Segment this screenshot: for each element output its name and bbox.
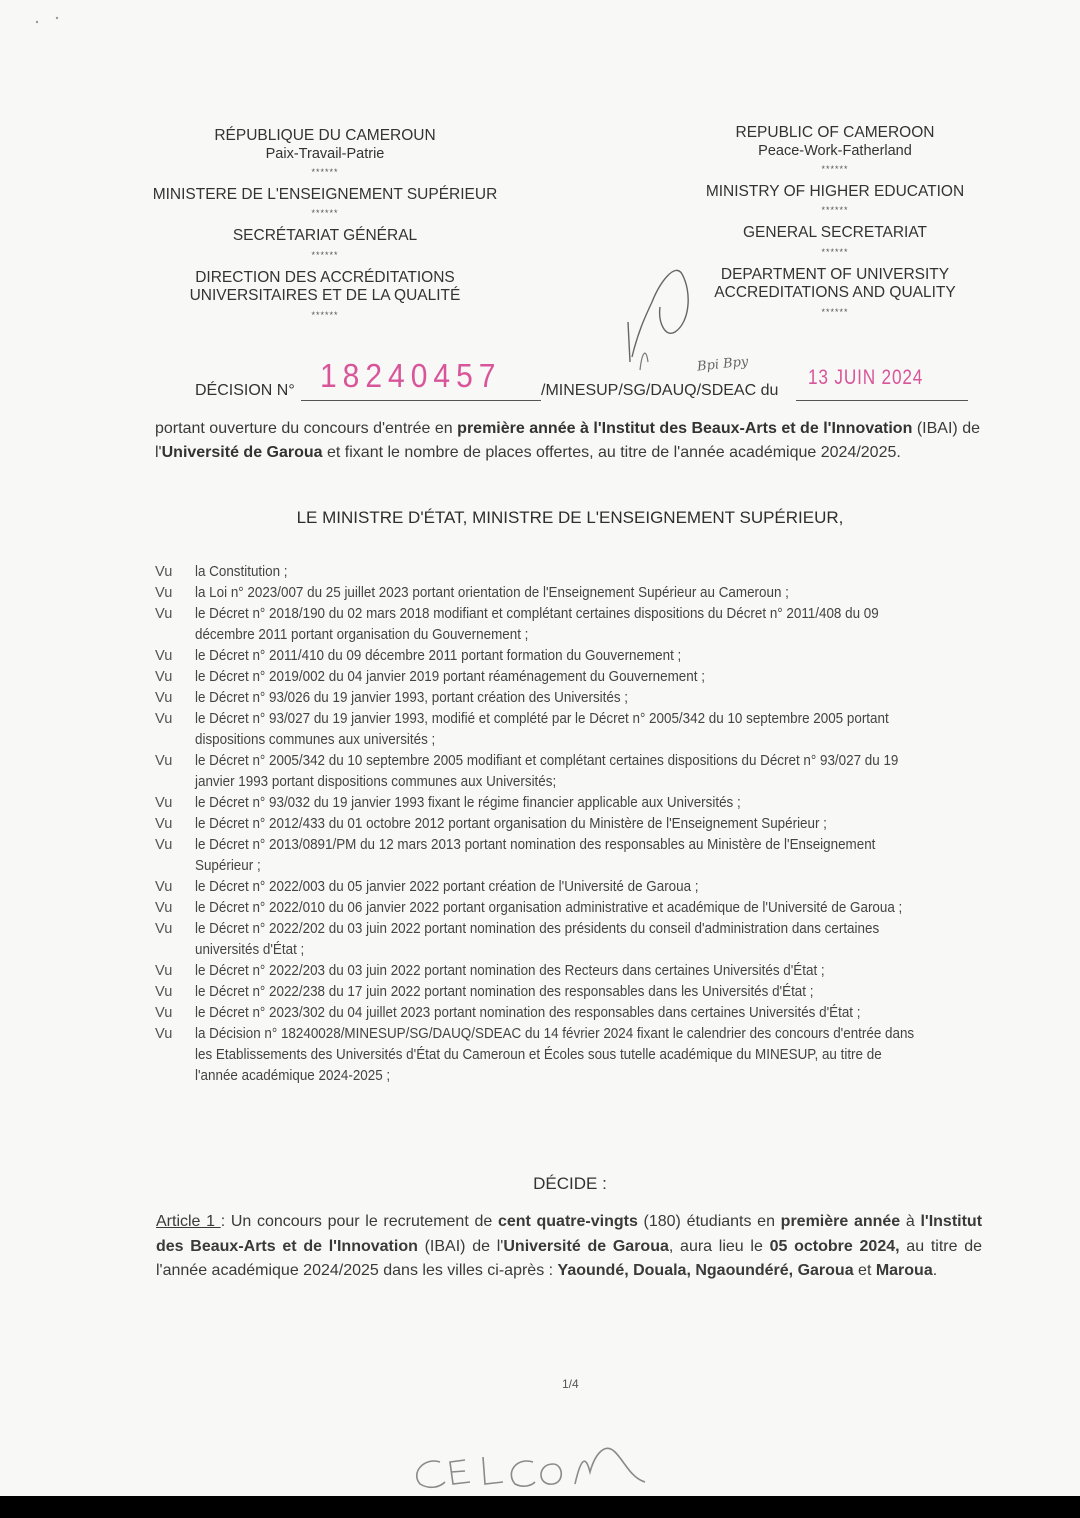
vu-label: Vu: [155, 961, 195, 982]
vu-label: Vu: [155, 688, 195, 709]
text-bold: Yaoundé, Douala, Ngaoundéré, Garoua: [558, 1262, 854, 1279]
vu-label: Vu: [155, 1024, 195, 1087]
text-bold: Université de Garoua: [162, 444, 323, 461]
visa-text: le Décret n° 93/026 du 19 janvier 1993, …: [195, 688, 922, 709]
text-bold: première année à l'Institut des Beaux-Ar…: [457, 420, 912, 437]
header-french: RÉPUBLIQUE DU CAMEROUN Paix-Travail-Patr…: [140, 127, 510, 329]
vu-label: Vu: [155, 835, 195, 877]
visa-item: Vule Décret n° 2022/202 du 03 juin 2022 …: [155, 919, 985, 961]
secretariat-fr: SECRÉTARIAT GÉNÉRAL: [140, 227, 510, 246]
visa-item: Vule Décret n° 2013/0891/PM du 12 mars 2…: [155, 835, 985, 877]
text: à: [900, 1213, 920, 1230]
visa-text: le Décret n° 2022/010 du 06 janvier 2022…: [195, 898, 922, 919]
visa-item: Vule Décret n° 2012/433 du 01 octobre 20…: [155, 814, 985, 835]
text-bold: première année: [781, 1213, 901, 1230]
separator: ******: [690, 307, 980, 318]
date-underline: [796, 400, 968, 401]
visa-item: Vula Décision n° 18240028/MINESUP/SG/DAU…: [155, 1024, 985, 1087]
scan-artifact: [15, 8, 65, 28]
vu-label: Vu: [155, 919, 195, 961]
visa-item: Vule Décret n° 2022/010 du 06 janvier 20…: [155, 898, 985, 919]
visa-item: Vula Constitution ;: [155, 562, 985, 583]
article-label: Article 1: [156, 1213, 221, 1230]
ministry-fr: MINISTERE DE L'ENSEIGNEMENT SUPÉRIEUR: [140, 186, 510, 205]
separator: ******: [690, 205, 980, 216]
vu-label: Vu: [155, 751, 195, 793]
ministry-en: MINISTRY OF HIGHER EDUCATION: [690, 183, 980, 202]
text-bold: Maroua: [876, 1262, 933, 1279]
visa-text: la Décision n° 18240028/MINESUP/SG/DAUQ/…: [195, 1024, 922, 1087]
text: .: [933, 1262, 937, 1279]
article-1: Article 1 : Un concours pour le recrutem…: [156, 1210, 982, 1284]
decision-line: DÉCISION N° 18240457 /MINESUP/SG/DAUQ/SD…: [195, 360, 970, 400]
secretariat-en: GENERAL SECRETARIAT: [690, 224, 980, 243]
decision-date-stamp: 13 JUIN 2024: [808, 366, 923, 390]
text-bold: Université de Garoua: [503, 1238, 669, 1255]
visa-text: le Décret n° 2023/302 du 04 juillet 2023…: [195, 1003, 922, 1024]
visa-text: le Décret n° 2022/203 du 03 juin 2022 po…: [195, 961, 922, 982]
text: (IBAI) de l': [418, 1238, 503, 1255]
vu-label: Vu: [155, 982, 195, 1003]
visa-item: Vule Décret n° 2019/002 du 04 janvier 20…: [155, 667, 985, 688]
minister-title: LE MINISTRE D'ÉTAT, MINISTRE DE L'ENSEIG…: [150, 508, 990, 528]
separator: ******: [690, 164, 980, 175]
visa-text: le Décret n° 2011/410 du 09 décembre 201…: [195, 646, 922, 667]
visa-text: le Décret n° 2005/342 du 10 septembre 20…: [195, 751, 922, 793]
visa-item: Vule Décret n° 2011/410 du 09 décembre 2…: [155, 646, 985, 667]
number-underline: [301, 400, 541, 401]
vu-label: Vu: [155, 877, 195, 898]
country-fr: RÉPUBLIQUE DU CAMEROUN: [140, 127, 510, 146]
visa-item: Vule Décret n° 2018/190 du 02 mars 2018 …: [155, 604, 985, 646]
visa-item: Vule Décret n° 93/026 du 19 janvier 1993…: [155, 688, 985, 709]
separator: ******: [690, 247, 980, 258]
visa-item: Vule Décret n° 2005/342 du 10 septembre …: [155, 751, 985, 793]
visa-text: le Décret n° 2022/003 du 05 janvier 2022…: [195, 877, 922, 898]
separator: ******: [140, 208, 510, 219]
motto-fr: Paix-Travail-Patrie: [140, 146, 510, 163]
visa-list: Vula Constitution ;Vula Loi n° 2023/007 …: [155, 562, 985, 1087]
visa-text: le Décret n° 2022/202 du 03 juin 2022 po…: [195, 919, 922, 961]
text: : Un concours pour le recrutement de: [221, 1213, 498, 1230]
vu-label: Vu: [155, 646, 195, 667]
decision-number-stamp: 18240457: [320, 358, 501, 396]
visa-text: le Décret n° 2019/002 du 04 janvier 2019…: [195, 667, 922, 688]
handwritten-celcom: CELCOM: [405, 1432, 665, 1492]
text-bold: 05 octobre 2024,: [770, 1238, 900, 1255]
direction-en-1: DEPARTMENT OF UNIVERSITY: [690, 266, 980, 285]
vu-label: Vu: [155, 1003, 195, 1024]
decision-label: DÉCISION N°: [195, 382, 295, 400]
signature-initials: [620, 262, 700, 372]
text: et fixant le nombre de places offertes, …: [323, 444, 901, 461]
decide-heading: DÉCIDE :: [0, 1174, 1080, 1194]
vu-label: Vu: [155, 898, 195, 919]
motto-en: Peace-Work-Fatherland: [690, 143, 980, 160]
vu-label: Vu: [155, 814, 195, 835]
visa-item: Vule Décret n° 2022/203 du 03 juin 2022 …: [155, 961, 985, 982]
visa-text: le Décret n° 93/027 du 19 janvier 1993, …: [195, 709, 922, 751]
visa-text: la Constitution ;: [195, 562, 922, 583]
vu-label: Vu: [155, 793, 195, 814]
visa-item: Vule Décret n° 2023/302 du 04 juillet 20…: [155, 1003, 985, 1024]
vu-label: Vu: [155, 604, 195, 646]
decision-reference: /MINESUP/SG/DAUQ/SDEAC du: [541, 382, 778, 400]
separator: ******: [140, 310, 510, 321]
header-english: REPUBLIC OF CAMEROON Peace-Work-Fatherla…: [690, 124, 980, 326]
direction-fr-2: UNIVERSITAIRES ET DE LA QUALITÉ: [140, 287, 510, 306]
vu-label: Vu: [155, 709, 195, 751]
visa-text: le Décret n° 2018/190 du 02 mars 2018 mo…: [195, 604, 922, 646]
text: portant ouverture du concours d'entrée e…: [155, 420, 457, 437]
visa-text: la Loi n° 2023/007 du 25 juillet 2023 po…: [195, 583, 922, 604]
visa-text: le Décret n° 2022/238 du 17 juin 2022 po…: [195, 982, 922, 1003]
visa-item: Vule Décret n° 2022/238 du 17 juin 2022 …: [155, 982, 985, 1003]
visa-item: Vula Loi n° 2023/007 du 25 juillet 2023 …: [155, 583, 985, 604]
separator: ******: [140, 167, 510, 178]
visa-item: Vule Décret n° 93/027 du 19 janvier 1993…: [155, 709, 985, 751]
visa-text: le Décret n° 2012/433 du 01 octobre 2012…: [195, 814, 922, 835]
decision-subject: portant ouverture du concours d'entrée e…: [155, 417, 980, 464]
text: (180) étudiants en: [638, 1213, 781, 1230]
vu-label: Vu: [155, 562, 195, 583]
country-en: REPUBLIC OF CAMEROON: [690, 124, 980, 143]
direction-en-2: ACCREDITATIONS AND QUALITY: [690, 284, 980, 303]
separator: ******: [140, 250, 510, 261]
page-number: 1/4: [562, 1377, 579, 1391]
visa-text: le Décret n° 2013/0891/PM du 12 mars 201…: [195, 835, 922, 877]
text-bold: cent quatre-vingts: [498, 1213, 638, 1230]
screen-bottom-bar: [0, 1496, 1080, 1518]
vu-label: Vu: [155, 667, 195, 688]
visa-text: le Décret n° 93/032 du 19 janvier 1993 f…: [195, 793, 922, 814]
visa-item: Vule Décret n° 93/032 du 19 janvier 1993…: [155, 793, 985, 814]
visa-item: Vule Décret n° 2022/003 du 05 janvier 20…: [155, 877, 985, 898]
direction-fr-1: DIRECTION DES ACCRÉDITATIONS: [140, 269, 510, 288]
text: , aura lieu le: [669, 1238, 770, 1255]
vu-label: Vu: [155, 583, 195, 604]
document-page: RÉPUBLIQUE DU CAMEROUN Paix-Travail-Patr…: [0, 0, 1080, 1496]
text: et: [854, 1262, 876, 1279]
